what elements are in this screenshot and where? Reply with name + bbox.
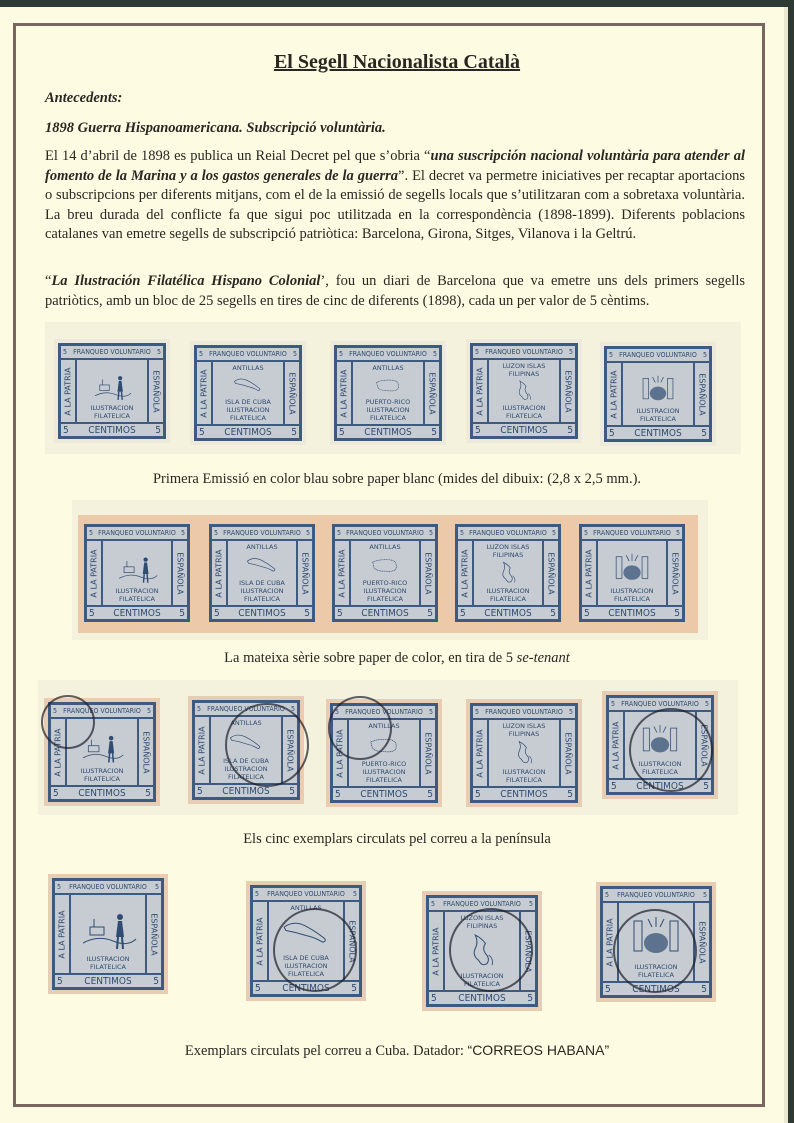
caption-row4: Exemplars circulats pel correu a Cuba. D… (0, 1042, 794, 1060)
stamp-bottom-label: 5CENTIMOS5 (61, 422, 163, 436)
stamp-top-label: 5FRANQUEO VOLUNTARIO5 (212, 527, 312, 541)
stamp-vignette-bottom-label: ISLA DE CUBAILUSTRACION FILATELICA (213, 398, 283, 422)
stamp-right-label: ESPAÑOLA (283, 362, 299, 424)
stamp-vignette-bottom-label: ILUSTRACION FILATELICA (489, 404, 559, 420)
stamp-bottom-label: 5CENTIMOS5 (333, 786, 435, 800)
stamp-cuba-art-icon (269, 912, 343, 954)
stamp-top-label: 5FRANQUEO VOLUNTARIO5 (473, 346, 575, 360)
caption-row1: Primera Emissió en color blau sobre pape… (0, 471, 794, 488)
stamp-vignette: ILUSTRACION FILATELICA (103, 543, 171, 603)
stamp-vignette: LUZON ISLAS FILIPINASILUSTRACION FILATEL… (445, 914, 519, 988)
stamp-row3-lion: 5FRANQUEO VOLUNTARIO5A LA PATRIAESPAÑOLA… (606, 695, 714, 795)
section-heading: Antecedents: (45, 90, 122, 107)
stamp-vignette: ANTILLASPUERTO-RICOILUSTRACION FILATELIC… (349, 722, 419, 784)
stamp-bottom-label: 5CENTIMOS5 (87, 605, 187, 619)
stamp-row1-lion: 5FRANQUEO VOLUNTARIO5A LA PATRIAESPAÑOLA… (604, 346, 712, 442)
scan-edge-right (788, 0, 794, 1123)
scan-edge-right-inner (784, 7, 788, 1123)
stamp-vignette: ANTILLASPUERTO-RICOILUSTRACION FILATELIC… (351, 543, 419, 603)
stamp-vignette-bottom-label: ILUSTRACION FILATELICA (77, 404, 147, 420)
page-frame-bottom (13, 1104, 765, 1107)
stamp-vignette-top-label (659, 714, 661, 722)
stamp-left-label: A LA PATRIA (609, 712, 625, 778)
stamp-left-label: A LA PATRIA (582, 541, 598, 605)
stamp-left-label: A LA PATRIA (333, 720, 349, 786)
stamp-vignette: ANTILLASISLA DE CUBAILUSTRACION FILATELI… (213, 364, 283, 422)
stamp-row1-cuba: 5FRANQUEO VOLUNTARIO5A LA PATRIAESPAÑOLA… (194, 345, 302, 441)
stamp-left-label: A LA PATRIA (212, 541, 228, 605)
stamp-vignette-top-label: LUZON ISLAS FILIPINAS (445, 914, 519, 930)
stamp-bottom-label: 5CENTIMOS5 (51, 785, 153, 799)
caption-row4-main: Exemplars circulats pel correu a Cuba. D… (185, 1043, 468, 1059)
stamp-left-label: A LA PATRIA (61, 360, 77, 422)
stamp-top-label: 5FRANQUEO VOLUNTARIO5 (607, 349, 709, 363)
stamp-bottom-label: 5CENTIMOS5 (609, 778, 711, 792)
stamp-filipinas-art-icon (474, 559, 542, 587)
stamp-bottom-label: 5CENTIMOS5 (55, 973, 161, 987)
stamp-bottom-label: 5CENTIMOS5 (195, 783, 297, 797)
paragraph-decree-part1: El 14 d’abril de 1898 es publica un Reia… (45, 148, 431, 164)
stamp-vignette: ANTILLASISLA DE CUBAILUSTRACION FILATELI… (228, 543, 296, 603)
stamp-row3-puerto-rico: 5FRANQUEO VOLUNTARIO5A LA PATRIAESPAÑOLA… (330, 703, 438, 803)
stamp-left-label: A LA PATRIA (607, 363, 623, 425)
stamp-right-label: ESPAÑOLA (171, 541, 187, 605)
stamp-vignette: ILUSTRACION FILATELICA (67, 721, 137, 783)
stamp-vignette-top-label: ANTILLAS (369, 543, 400, 551)
stamp-bottom-label: 5CENTIMOS5 (458, 605, 558, 619)
stamp-vignette-top-label (107, 897, 109, 905)
stamp-puerto-rico-art-icon (351, 551, 419, 579)
stamp-vignette-bottom-label: ILUSTRACION FILATELICA (625, 760, 695, 776)
stamp-filipinas-art-icon (489, 378, 559, 404)
stamp-row1-filipinas: 5FRANQUEO VOLUNTARIO5A LA PATRIAESPAÑOLA… (470, 343, 578, 439)
stamp-vignette-bottom-label: ISLA DE CUBAILUSTRACION FILATELICA (228, 579, 296, 603)
stamp-vignette-top-label: ANTILLAS (230, 719, 261, 727)
newspaper-name: La Ilustración Filatélica Hispano Coloni… (51, 273, 320, 289)
stamp-vignette-bottom-label: ILUSTRACION FILATELICA (445, 972, 519, 988)
stamp-right-label: ESPAÑOLA (542, 541, 558, 605)
stamp-vignette-top-label: LUZON ISLAS FILIPINAS (489, 722, 559, 738)
stamp-row2-lion: 5FRANQUEO VOLUNTARIO5A LA PATRIAESPAÑOLA… (579, 524, 685, 622)
stamp-left-label: A LA PATRIA (473, 360, 489, 422)
stamp-top-label: 5FRANQUEO VOLUNTARIO5 (458, 527, 558, 541)
stamp-left-label: A LA PATRIA (335, 541, 351, 605)
stamp-vignette: ILUSTRACION FILATELICA (623, 365, 693, 423)
paragraph-decree: El 14 d’abril de 1898 es publica un Reia… (45, 147, 745, 245)
stamp-bottom-label: 5CENTIMOS5 (337, 424, 439, 438)
caption-row2: La mateixa sèrie sobre paper de color, e… (0, 650, 794, 667)
stamp-puerto-rico-art-icon (353, 372, 423, 398)
stamp-left-label: A LA PATRIA (429, 912, 445, 990)
stamp-cuba-art-icon (213, 372, 283, 398)
stamp-vignette: ILUSTRACION FILATELICA (77, 362, 147, 420)
stamp-filipinas-art-icon (489, 738, 559, 768)
scan-edge-top (0, 0, 794, 7)
stamp-top-label: 5FRANQUEO VOLUNTARIO5 (87, 527, 187, 541)
stamp-bottom-label: 5CENTIMOS5 (429, 990, 535, 1004)
stamp-vignette: ILUSTRACION FILATELICA (71, 897, 145, 971)
stamp-puerto-rico-art-icon (349, 730, 419, 760)
stamp-lion-art-icon (623, 373, 693, 407)
stamp-bottom-label: 5CENTIMOS5 (253, 980, 359, 994)
stamp-row2-soldier: 5FRANQUEO VOLUNTARIO5A LA PATRIAESPAÑOLA… (84, 524, 190, 622)
stamp-row1-soldier: 5FRANQUEO VOLUNTARIO5A LA PATRIAESPAÑOLA… (58, 343, 166, 439)
stamp-right-label: ESPAÑOLA (559, 720, 575, 786)
stamp-right-label: ESPAÑOLA (559, 360, 575, 422)
stamp-right-label: ESPAÑOLA (343, 902, 359, 980)
stamp-bottom-label: 5CENTIMOS5 (197, 424, 299, 438)
stamp-vignette-bottom-label: ISLA DE CUBAILUSTRACION FILATELICA (211, 757, 281, 781)
stamp-row4-lion: 5FRANQUEO VOLUNTARIO5A LA PATRIAESPAÑOLA… (600, 886, 712, 998)
stamp-row2-cuba: 5FRANQUEO VOLUNTARIO5A LA PATRIAESPAÑOLA… (209, 524, 315, 622)
stamp-vignette-top-label: ANTILLAS (232, 364, 263, 372)
stamp-vignette-top-label: ANTILLAS (246, 543, 277, 551)
stamp-right-label: ESPAÑOLA (695, 712, 711, 778)
stamp-vignette: LUZON ISLAS FILIPINASILUSTRACION FILATEL… (489, 362, 559, 420)
stamp-vignette-bottom-label: ILUSTRACION FILATELICA (71, 955, 145, 971)
stamp-vignette: ILUSTRACION FILATELICA (625, 714, 695, 776)
stamp-top-label: 5FRANQUEO VOLUNTARIO5 (253, 888, 359, 902)
stamp-vignette-bottom-label: PUERTO-RICOILUSTRACION FILATELICA (353, 398, 423, 422)
stamp-right-label: ESPAÑOLA (281, 717, 297, 783)
stamp-vignette-bottom-label: ILUSTRACION FILATELICA (67, 767, 137, 783)
stamp-top-label: 5FRANQUEO VOLUNTARIO5 (335, 527, 435, 541)
stamp-soldier-art-icon (71, 905, 145, 955)
stamp-vignette-bottom-label: ILUSTRACION FILATELICA (619, 963, 693, 979)
stamp-row3-filipinas: 5FRANQUEO VOLUNTARIO5A LA PATRIAESPAÑOLA… (470, 703, 578, 803)
stamp-left-label: A LA PATRIA (603, 903, 619, 981)
stamp-left-label: A LA PATRIA (337, 362, 353, 424)
stamp-vignette-bottom-label: PUERTO-RICOILUSTRACION FILATELICA (349, 760, 419, 784)
stamp-row2-filipinas: 5FRANQUEO VOLUNTARIO5A LA PATRIAESPAÑOLA… (455, 524, 561, 622)
stamp-vignette-top-label: ANTILLAS (368, 722, 399, 730)
stamp-top-label: 5FRANQUEO VOLUNTARIO5 (609, 698, 711, 712)
stamp-right-label: ESPAÑOLA (693, 363, 709, 425)
stamp-soldier-art-icon (67, 729, 137, 767)
stamp-vignette-top-label (631, 543, 633, 551)
stamp-row4-soldier: 5FRANQUEO VOLUNTARIO5A LA PATRIAESPAÑOLA… (52, 878, 164, 990)
stamp-filipinas-art-icon (445, 930, 519, 972)
stamp-right-label: ESPAÑOLA (666, 541, 682, 605)
stamp-row4-filipinas: 5FRANQUEO VOLUNTARIO5A LA PATRIAESPAÑOLA… (426, 895, 538, 1007)
stamp-vignette-top-label: ANTILLAS (290, 904, 321, 912)
stamp-bottom-label: 5CENTIMOS5 (473, 422, 575, 436)
stamp-top-label: 5FRANQUEO VOLUNTARIO5 (473, 706, 575, 720)
stamp-soldier-art-icon (103, 551, 171, 587)
stamp-lion-art-icon (598, 551, 666, 587)
stamp-bottom-label: 5CENTIMOS5 (473, 786, 575, 800)
stamp-lion-art-icon (625, 722, 695, 760)
stamp-vignette-bottom-label: ILUSTRACION FILATELICA (474, 587, 542, 603)
stamp-top-label: 5FRANQUEO VOLUNTARIO5 (61, 346, 163, 360)
stamp-vignette: ANTILLASISLA DE CUBAILUSTRACION FILATELI… (211, 719, 281, 781)
stamp-top-label: 5FRANQUEO VOLUNTARIO5 (337, 348, 439, 362)
stamp-left-label: A LA PATRIA (253, 902, 269, 980)
stamp-top-label: 5FRANQUEO VOLUNTARIO5 (333, 706, 435, 720)
stamp-left-label: A LA PATRIA (55, 895, 71, 973)
stamp-vignette: ANTILLASISLA DE CUBAILUSTRACION FILATELI… (269, 904, 343, 978)
stamp-right-label: ESPAÑOLA (145, 895, 161, 973)
caption-row2-main: La mateixa sèrie sobre paper de color, e… (224, 650, 517, 666)
stamp-vignette-bottom-label: ILUSTRACION FILATELICA (598, 587, 666, 603)
stamp-right-label: ESPAÑOLA (137, 719, 153, 785)
stamp-vignette: ILUSTRACION FILATELICA (619, 905, 693, 979)
stamp-vignette-top-label: ANTILLAS (372, 364, 403, 372)
stamp-top-label: 5FRANQUEO VOLUNTARIO5 (195, 703, 297, 717)
stamp-left-label: A LA PATRIA (87, 541, 103, 605)
stamp-vignette-top-label: LUZON ISLAS FILIPINAS (474, 543, 542, 559)
stamp-right-label: ESPAÑOLA (419, 541, 435, 605)
stamp-lion-art-icon (619, 913, 693, 963)
stamp-top-label: 5FRANQUEO VOLUNTARIO5 (429, 898, 535, 912)
stamp-bottom-label: 5CENTIMOS5 (212, 605, 312, 619)
stamp-right-label: ESPAÑOLA (693, 903, 709, 981)
stamp-right-label: ESPAÑOLA (519, 912, 535, 990)
stamp-row1-puerto-rico: 5FRANQUEO VOLUNTARIO5A LA PATRIAESPAÑOLA… (334, 345, 442, 441)
stamp-vignette-bottom-label: PUERTO-RICOILUSTRACION FILATELICA (351, 579, 419, 603)
stamp-left-label: A LA PATRIA (195, 717, 211, 783)
stamp-row4-cuba: 5FRANQUEO VOLUNTARIO5A LA PATRIAESPAÑOLA… (250, 885, 362, 997)
stamp-vignette: ILUSTRACION FILATELICA (598, 543, 666, 603)
stamp-vignette: LUZON ISLAS FILIPINASILUSTRACION FILATEL… (474, 543, 542, 603)
stamp-left-label: A LA PATRIA (473, 720, 489, 786)
stamp-top-label: 5FRANQUEO VOLUNTARIO5 (582, 527, 682, 541)
stamp-right-label: ESPAÑOLA (147, 360, 163, 422)
stamp-cuba-art-icon (211, 727, 281, 757)
caption-row2-italic: se-tenant (517, 650, 570, 666)
stamp-vignette: ANTILLASPUERTO-RICOILUSTRACION FILATELIC… (353, 364, 423, 422)
stamp-vignette-top-label: LUZON ISLAS FILIPINAS (489, 362, 559, 378)
stamp-vignette-top-label (111, 362, 113, 370)
stamp-vignette-bottom-label: ILUSTRACION FILATELICA (103, 587, 171, 603)
stamp-bottom-label: 5CENTIMOS5 (603, 981, 709, 995)
stamp-left-label: A LA PATRIA (197, 362, 213, 424)
stamp-row3-soldier: 5FRANQUEO VOLUNTARIO5A LA PATRIAESPAÑOLA… (48, 702, 156, 802)
stamp-vignette-top-label (655, 905, 657, 913)
stamp-top-label: 5FRANQUEO VOLUNTARIO5 (603, 889, 709, 903)
stamp-left-label: A LA PATRIA (458, 541, 474, 605)
page-title: El Segell Nacionalista Català (0, 51, 794, 74)
stamp-bottom-label: 5CENTIMOS5 (607, 425, 709, 439)
stamp-vignette-top-label (136, 543, 138, 551)
stamp-vignette-top-label (101, 721, 103, 729)
stamp-row2-puerto-rico: 5FRANQUEO VOLUNTARIO5A LA PATRIAESPAÑOLA… (332, 524, 438, 622)
subheading: 1898 Guerra Hispanoamericana. Subscripci… (45, 120, 386, 137)
stamp-vignette-bottom-label: ISLA DE CUBAILUSTRACION FILATELICA (269, 954, 343, 978)
stamp-vignette-top-label (657, 365, 659, 373)
stamp-right-label: ESPAÑOLA (423, 362, 439, 424)
stamp-soldier-art-icon (77, 370, 147, 404)
stamp-row3-cuba: 5FRANQUEO VOLUNTARIO5A LA PATRIAESPAÑOLA… (192, 700, 300, 800)
caption-row3: Els cinc exemplars circulats pel correu … (0, 831, 794, 848)
stamp-right-label: ESPAÑOLA (296, 541, 312, 605)
stamp-bottom-label: 5CENTIMOS5 (582, 605, 682, 619)
stamp-top-label: 5FRANQUEO VOLUNTARIO5 (197, 348, 299, 362)
stamp-bottom-label: 5CENTIMOS5 (335, 605, 435, 619)
caption-row4-postmark: “CORREOS HABANA” (468, 1042, 610, 1058)
stamp-top-label: 5FRANQUEO VOLUNTARIO5 (55, 881, 161, 895)
stamp-top-label: 5FRANQUEO VOLUNTARIO5 (51, 705, 153, 719)
stamp-cuba-art-icon (228, 551, 296, 579)
stamp-vignette: LUZON ISLAS FILIPINASILUSTRACION FILATEL… (489, 722, 559, 784)
paragraph-newspaper: “La Ilustración Filatélica Hispano Colon… (45, 272, 745, 311)
stamp-vignette-bottom-label: ILUSTRACION FILATELICA (623, 407, 693, 423)
stamp-left-label: A LA PATRIA (51, 719, 67, 785)
stamp-vignette-bottom-label: ILUSTRACION FILATELICA (489, 768, 559, 784)
stamp-right-label: ESPAÑOLA (419, 720, 435, 786)
